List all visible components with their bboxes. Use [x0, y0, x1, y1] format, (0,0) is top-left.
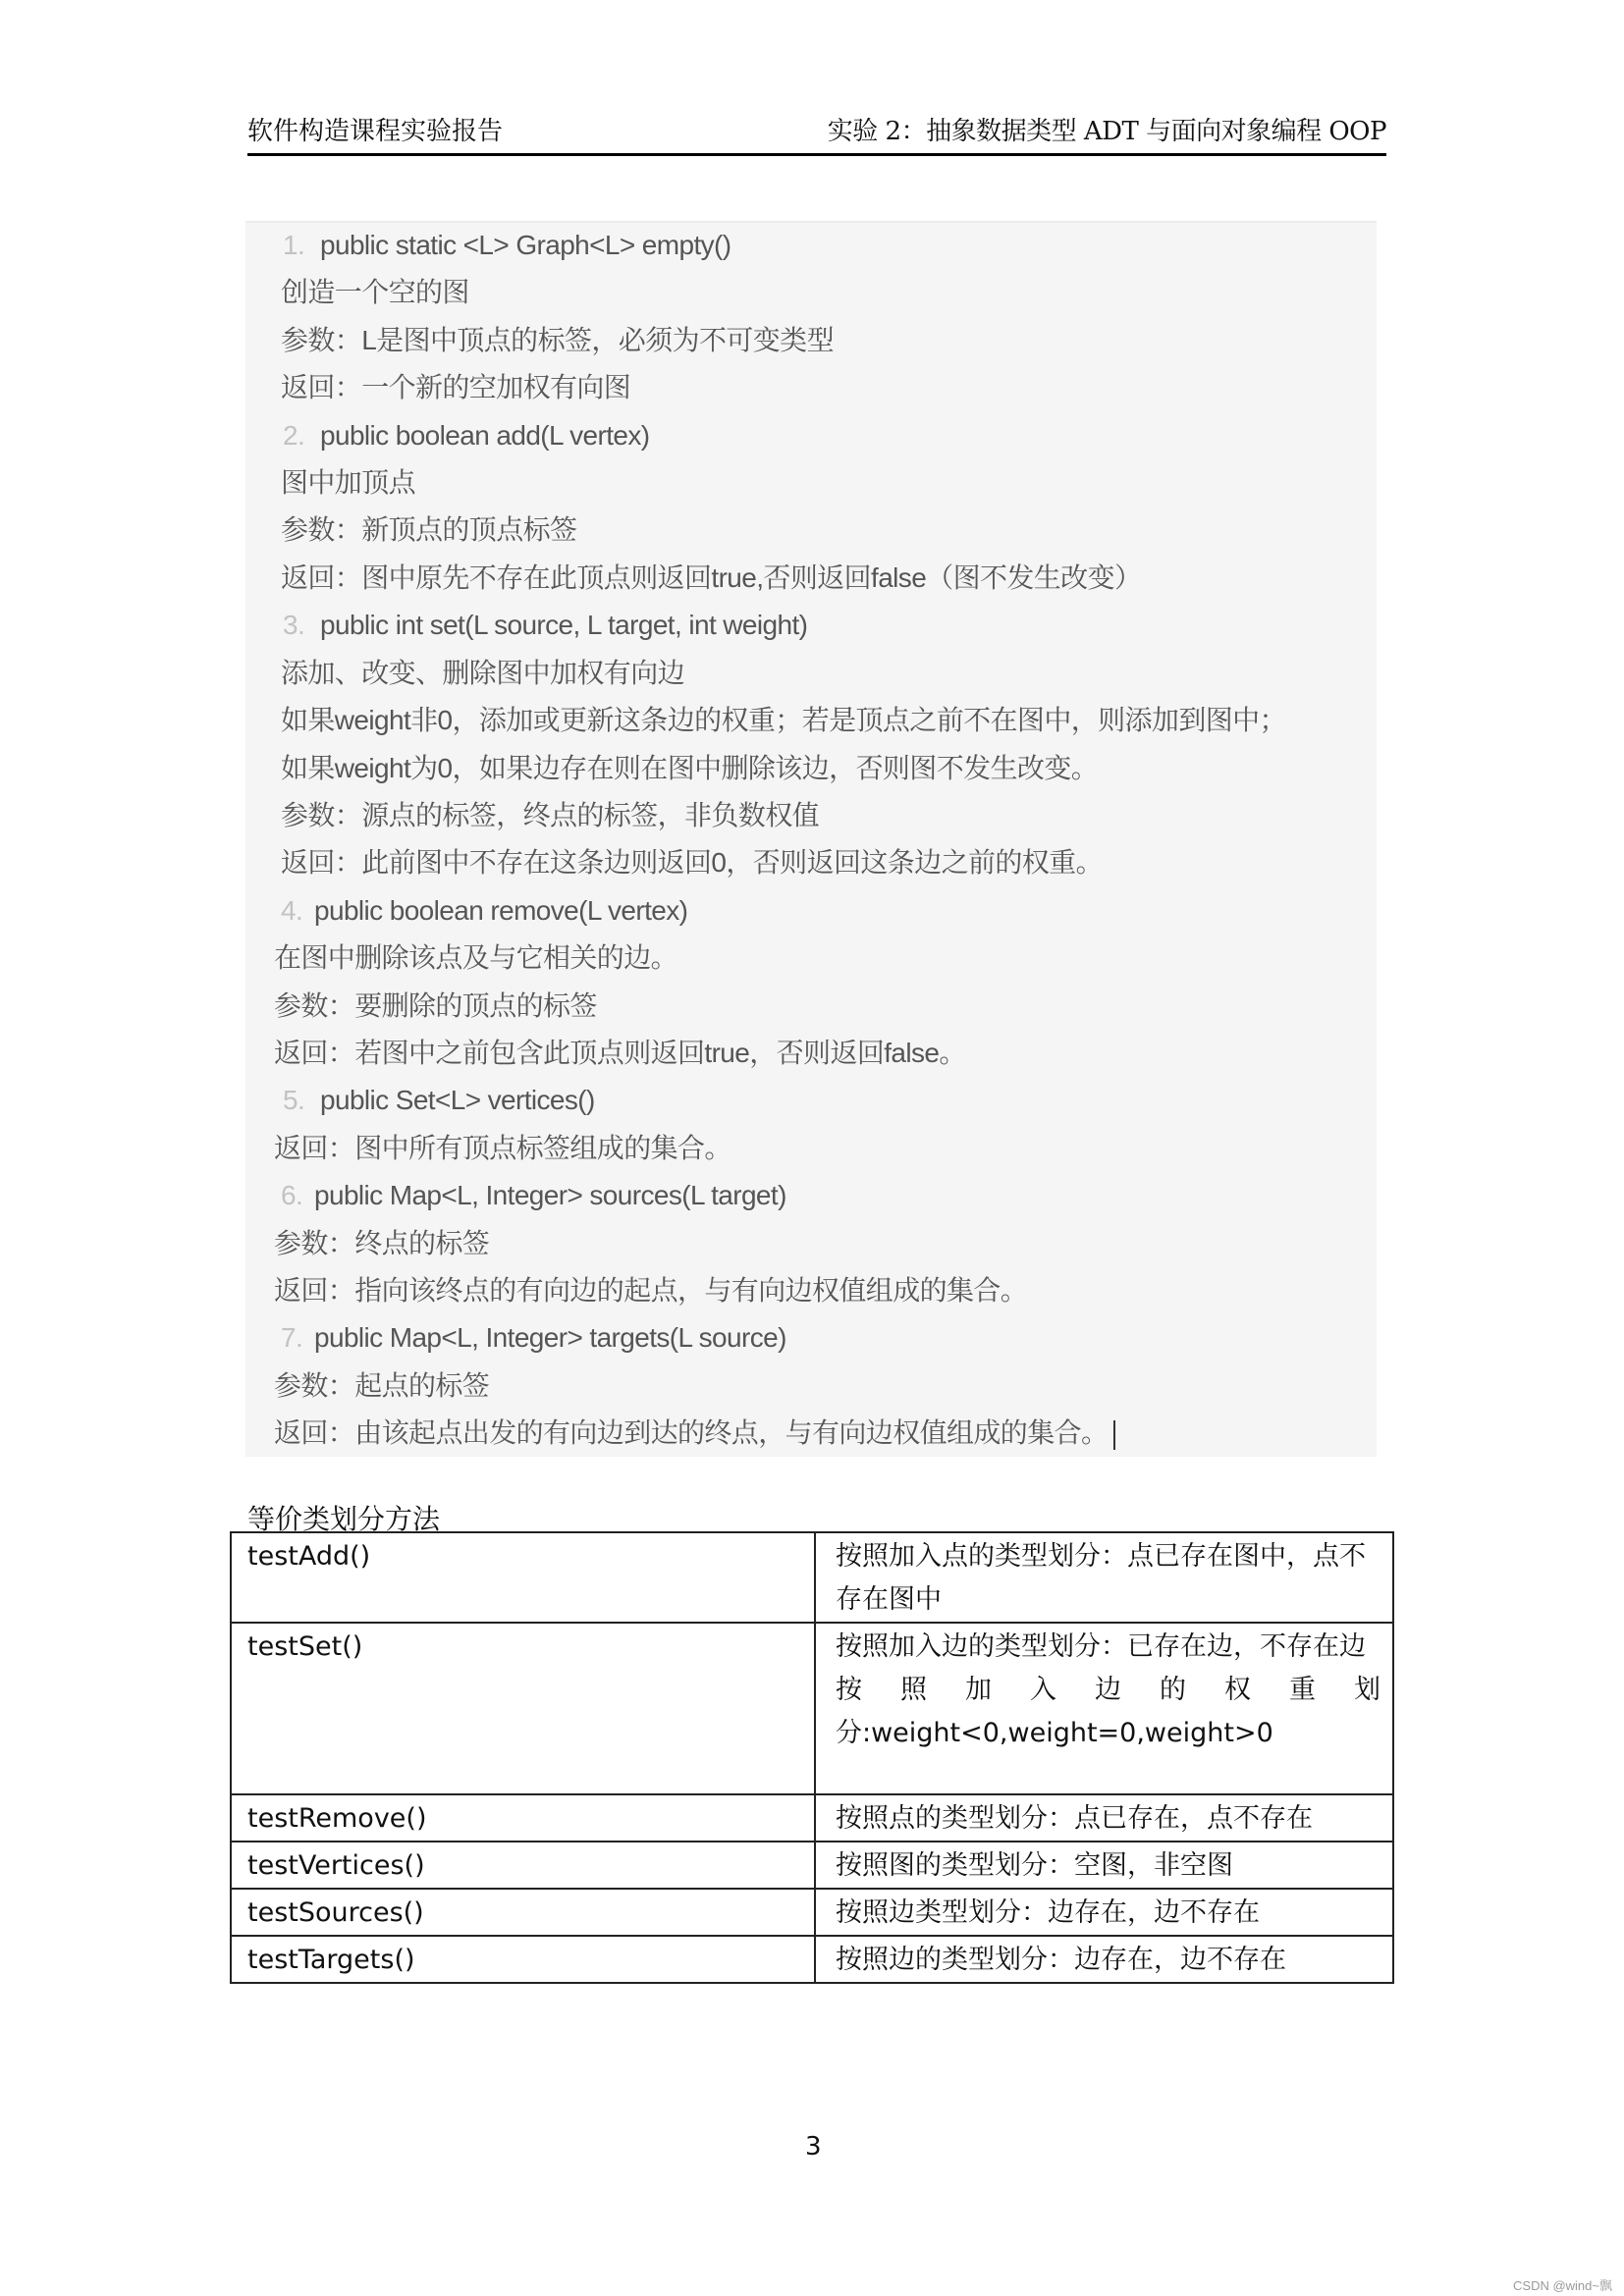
item-number: 3.	[283, 606, 320, 645]
header-lab-title: 实验 2：抽象数据类型 ADT 与面向对象编程 OOP	[828, 112, 1386, 151]
item-number: 7.	[281, 1318, 314, 1358]
table-row: testTargets() 按照边的类型划分：边存在，边不存在	[231, 1936, 1393, 1983]
method-description: 创造一个空的图	[281, 273, 469, 312]
method-returns: 返回：图中所有顶点标签组成的集合。	[274, 1129, 731, 1168]
test-name: testTargets()	[231, 1936, 815, 1983]
item-number: 1.	[283, 226, 320, 265]
method-signature: 5.public Set<L> vertices()	[283, 1081, 595, 1120]
method-description: 图中加顶点	[281, 463, 415, 503]
method-description: 在图中删除该点及与它相关的边。	[274, 938, 677, 978]
method-returns: 返回：图中原先不存在此顶点则返回true,否则返回false（图不发生改变）	[281, 559, 1141, 598]
method-signature: 7.public Map<L, Integer> targets(L sourc…	[281, 1318, 786, 1358]
method-returns: 返回：指向该终点的有向边的起点，与有向边权值组成的集合。	[274, 1271, 1027, 1310]
header-course-title: 软件构造课程实验报告	[247, 112, 503, 151]
test-name: testVertices()	[231, 1842, 815, 1889]
table-row: testAdd() 按照加入点的类型划分：点已存在图中，点不存在图中	[231, 1532, 1393, 1623]
method-params: 参数：要删除的顶点的标签	[274, 987, 597, 1026]
method-signature: 4.public boolean remove(L vertex)	[281, 891, 687, 931]
item-number: 6.	[281, 1176, 314, 1215]
method-params: 参数：起点的标签	[274, 1366, 489, 1406]
partition-desc: 按照加入边的类型划分：已存在边，不存在边 按 照 加 入 边 的 权 重 划 分…	[815, 1623, 1393, 1794]
table-row: testSources() 按照边类型划分：边存在，边不存在	[231, 1889, 1393, 1936]
method-signature: 6.public Map<L, Integer> sources(L targe…	[281, 1176, 786, 1215]
text-cursor	[1113, 1420, 1115, 1450]
partition-desc: 按照加入点的类型划分：点已存在图中，点不存在图中	[815, 1532, 1393, 1623]
method-signature: 1.public static <L> Graph<L> empty()	[283, 226, 731, 265]
item-number: 5.	[283, 1081, 320, 1120]
method-params: 参数：新顶点的顶点标签	[281, 510, 576, 550]
page-header: 软件构造课程实验报告 实验 2：抽象数据类型 ADT 与面向对象编程 OOP	[247, 112, 1386, 156]
item-number: 4.	[281, 891, 314, 931]
method-params: 参数：源点的标签，终点的标签，非负数权值	[281, 796, 819, 835]
test-name: testRemove()	[231, 1794, 815, 1842]
method-signature: 2.public boolean add(L vertex)	[283, 416, 650, 455]
page-number: 3	[805, 2132, 822, 2162]
partition-desc: 按照边的类型划分：边存在，边不存在	[815, 1936, 1393, 1983]
method-params: 参数：终点的标签	[274, 1224, 489, 1263]
method-returns: 返回：由该起点出发的有向边到达的终点，与有向边权值组成的集合。	[274, 1414, 1115, 1453]
watermark: CSDN @wind~飘	[1513, 2275, 1612, 2294]
equivalence-table: testAdd() 按照加入点的类型划分：点已存在图中，点不存在图中 testS…	[230, 1531, 1394, 1984]
test-name: testSources()	[231, 1889, 815, 1936]
method-returns: 返回：若图中之前包含此顶点则返回true，否则返回false。	[274, 1034, 966, 1073]
method-description: 如果weight非0，添加或更新这条边的权重；若是顶点之前不在图中，则添加到图中…	[281, 701, 1286, 740]
table-row: testVertices() 按照图的类型划分：空图，非空图	[231, 1842, 1393, 1889]
partition-desc: 按照边类型划分：边存在，边不存在	[815, 1889, 1393, 1936]
partition-desc: 按照点的类型划分：点已存在，点不存在	[815, 1794, 1393, 1842]
item-number: 2.	[283, 416, 320, 455]
method-signature: 3.public int set(L source, L target, int…	[283, 606, 807, 645]
partition-desc: 按照图的类型划分：空图，非空图	[815, 1842, 1393, 1889]
test-name: testAdd()	[231, 1532, 815, 1623]
table-row: testSet() 按照加入边的类型划分：已存在边，不存在边 按 照 加 入 边…	[231, 1623, 1393, 1794]
table-row: testRemove() 按照点的类型划分：点已存在，点不存在	[231, 1794, 1393, 1842]
method-params: 参数：L是图中顶点的标签，必须为不可变类型	[281, 321, 834, 360]
method-returns: 返回：一个新的空加权有向图	[281, 368, 630, 407]
test-name: testSet()	[231, 1623, 815, 1794]
method-description: 如果weight为0，如果边存在则在图中删除该边，否则图不发生改变。	[281, 749, 1098, 788]
api-spec-box: 1.public static <L> Graph<L> empty() 创造一…	[245, 221, 1377, 1457]
method-description: 添加、改变、删除图中加权有向边	[281, 654, 684, 693]
method-returns: 返回：此前图中不存在这条边则返回0，否则返回这条边之前的权重。	[281, 843, 1103, 882]
